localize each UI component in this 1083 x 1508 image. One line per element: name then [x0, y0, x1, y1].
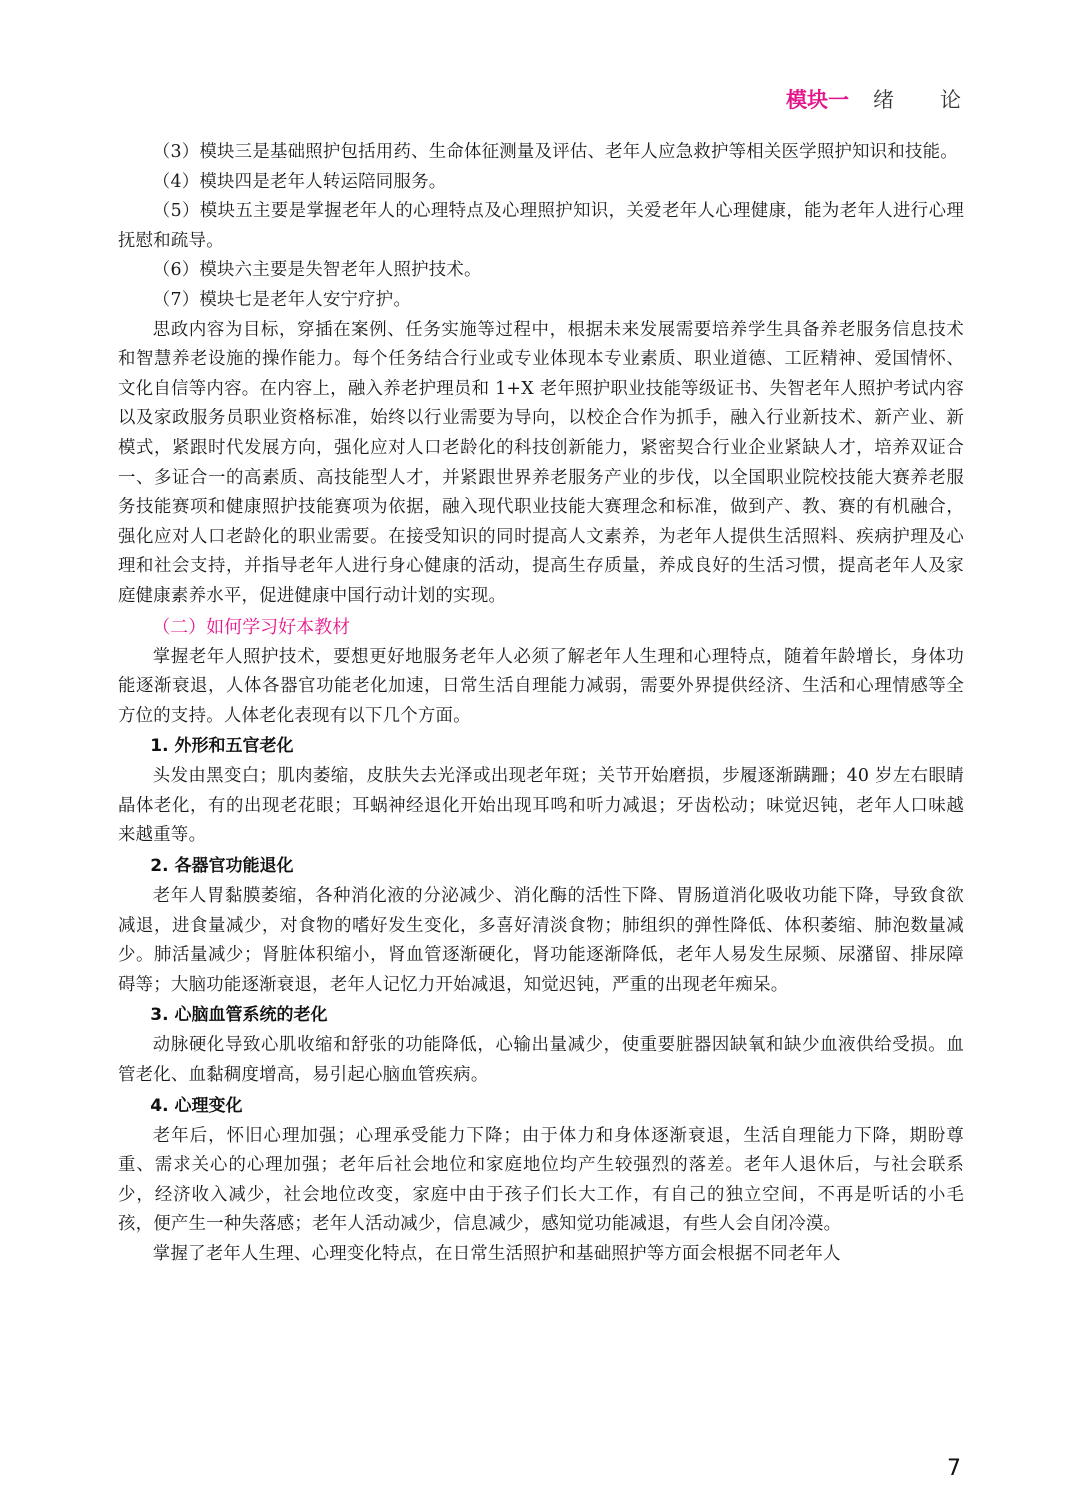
subsection-heading-3: 3. 心脑血管系统的老化: [118, 1000, 964, 1031]
page-body: （3）模块三是基础照护包括用药、生命体征测量及评估、老年人应急救护等相关医学照护…: [118, 138, 964, 1270]
list-item-module-5: （5）模块五主要是掌握老年人的心理特点及心理照护知识，关爱老年人心理健康，能为老…: [118, 197, 964, 256]
list-item-module-6: （6）模块六主要是失智老年人照护技术。: [118, 256, 964, 286]
closing-paragraph: 掌握了老年人生理、心理变化特点，在日常生活照护和基础照护等方面会根据不同老年人: [118, 1240, 964, 1270]
chapter-title-char-1: 绪: [873, 84, 894, 114]
subsection-heading-2: 2. 各器官功能退化: [118, 851, 964, 882]
subsection-heading-1: 1. 外形和五官老化: [118, 731, 964, 762]
page-number: 7: [947, 1456, 961, 1481]
intro-paragraph: 思政内容为目标，穿插在案例、任务实施等过程中，根据未来发展需要培养学生具备养老服…: [118, 316, 964, 612]
chapter-title-char-2: 论: [940, 84, 961, 114]
subsection-text-1: 头发由黑变白；肌肉萎缩，皮肤失去光泽或出现老年斑；关节开始磨损，步履逐渐蹒跚；4…: [118, 762, 964, 851]
subsection-text-2: 老年人胃黏膜萎缩，各种消化液的分泌减少、消化酶的活性下降、胃肠道消化吸收功能下降…: [118, 882, 964, 1000]
subsection-text-3: 动脉硬化导致心肌收缩和舒张的功能降低，心输出量减少，使重要脏器因缺氧和缺少血液供…: [118, 1031, 964, 1090]
module-label: 模块一: [786, 84, 849, 114]
section-heading: （二）如何学习好本教材: [118, 612, 964, 643]
list-item-module-4: （4）模块四是老年人转运陪同服务。: [118, 168, 964, 198]
running-header: 模块一 绪 论: [786, 84, 961, 114]
list-item-module-7: （7）模块七是老年人安宁疗护。: [118, 286, 964, 316]
subsection-heading-4: 4. 心理变化: [118, 1091, 964, 1122]
section-intro: 掌握老年人照护技术，要想更好地服务老年人必须了解老年人生理和心理特点，随着年龄增…: [118, 643, 964, 732]
subsection-text-4: 老年后，怀旧心理加强；心理承受能力下降；由于体力和身体逐渐衰退，生活自理能力下降…: [118, 1122, 964, 1240]
list-item-module-3: （3）模块三是基础照护包括用药、生命体征测量及评估、老年人应急救护等相关医学照护…: [118, 138, 964, 168]
